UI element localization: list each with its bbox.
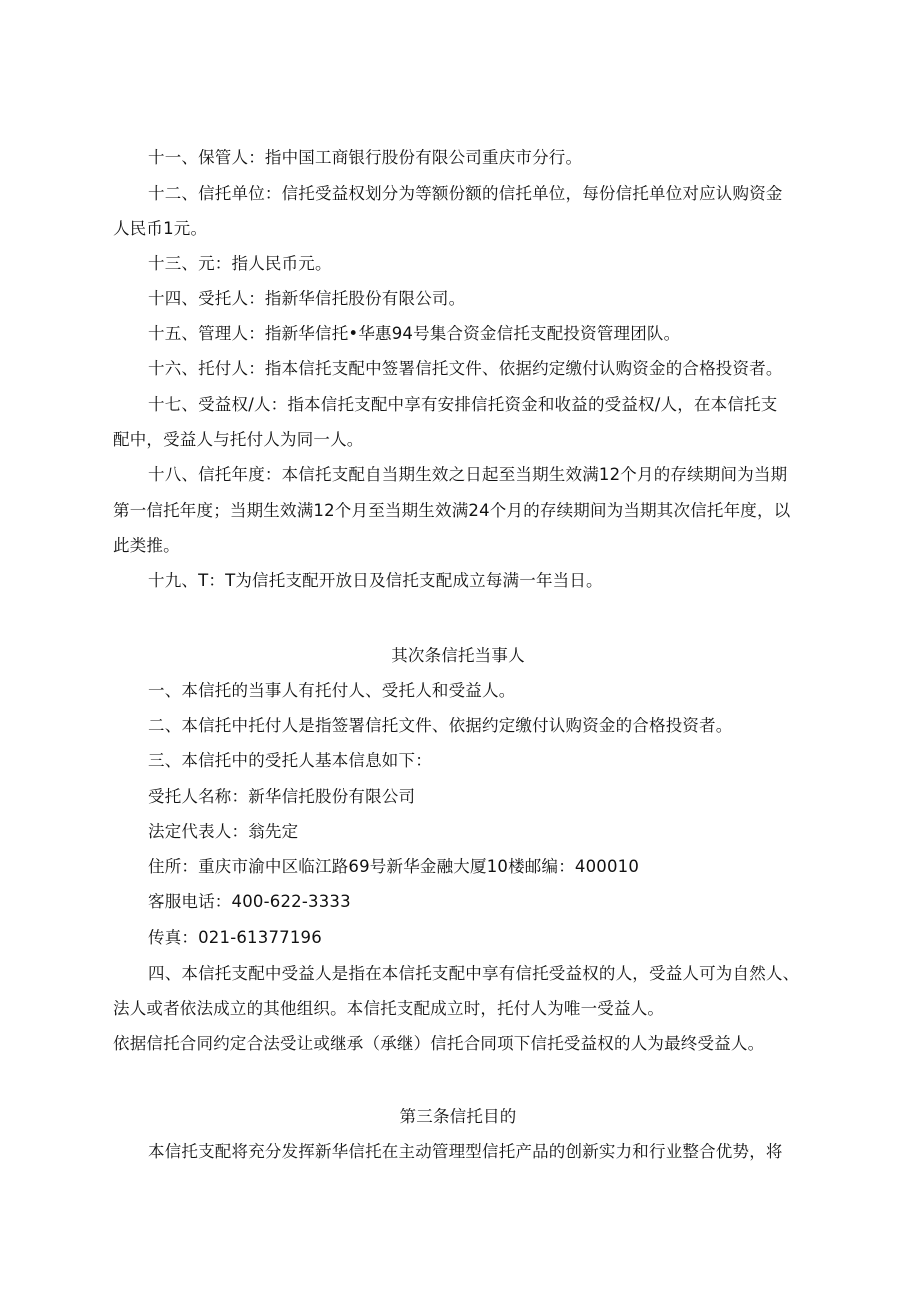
trustee-phone: 客服电话：400-622-3333	[148, 892, 351, 912]
section-2-item-1: 一、本信托的当事人有托付人、受托人和受益人。	[148, 681, 515, 701]
section-2-heading: 其次条信托当事人	[113, 646, 803, 666]
trustee-fax: 传真：021-61377196	[148, 928, 322, 948]
section-3-paragraph-line-1: 本信托支配将充分发挥新华信托在主动管理型信托产品的创新实力和行业整合优势，将	[148, 1142, 783, 1162]
definition-14: 十四、受托人：指新华信托股份有限公司。	[148, 289, 465, 309]
definition-15: 十五、管理人：指新华信托•华惠94号集合资金信托支配投资管理团队。	[148, 324, 680, 344]
trustee-legal-rep: 法定代表人：翁先定	[148, 822, 298, 842]
definition-18-line-3: 此类推。	[113, 536, 180, 556]
section-3-heading: 第三条信托目的	[113, 1107, 803, 1127]
section-2-item-4-line-2: 法人或者依法成立的其他组织。本信托支配成立时，托付人为唯一受益人。	[113, 999, 664, 1019]
definition-12-line-1: 十二、信托单位：信托受益权划分为等额份额的信托单位，每份信托单位对应认购资金	[148, 184, 783, 204]
section-2-item-2: 二、本信托中托付人是指签署信托文件、依据约定缴付认购资金的合格投资者。	[148, 716, 733, 736]
definition-16: 十六、托付人：指本信托支配中签署信托文件、依据约定缴付认购资金的合格投资者。	[148, 359, 783, 379]
definition-12-line-2: 人民币1元。	[113, 219, 207, 239]
section-2-item-3: 三、本信托中的受托人基本信息如下：	[148, 751, 432, 771]
definition-18-line-1: 十八、信托年度：本信托支配自当期生效之日起至当期生效满12个月的存续期间为当期	[148, 465, 787, 485]
definition-18-line-2: 第一信托年度；当期生效满12个月至当期生效满24个月的存续期间为当期其次信托年度…	[113, 501, 790, 521]
trustee-address: 住所：重庆市渝中区临江路69号新华金融大厦10楼邮编：400010	[148, 857, 639, 877]
section-2-item-4-line-3: 依据信托合同约定合法受让或继承（承继）信托合同项下信托受益权的人为最终受益人。	[113, 1034, 764, 1054]
section-2-item-4-line-1: 四、本信托支配中受益人是指在本信托支配中享有信托受益权的人，受益人可为自然人、	[148, 964, 799, 984]
definition-17-line-2: 配中，受益人与托付人为同一人。	[113, 430, 364, 450]
trustee-name: 受托人名称：新华信托股份有限公司	[148, 787, 415, 807]
definition-11: 十一、保管人：指中国工商银行股份有限公司重庆市分行。	[148, 148, 582, 168]
definition-19: 十九、T：T为信托支配开放日及信托支配成立每满一年当日。	[148, 571, 603, 591]
definition-17-line-1: 十七、受益权/人：指本信托支配中享有安排信托资金和收益的受益权/人，在本信托支	[148, 395, 777, 415]
definition-13: 十三、元：指人民币元。	[148, 254, 332, 274]
